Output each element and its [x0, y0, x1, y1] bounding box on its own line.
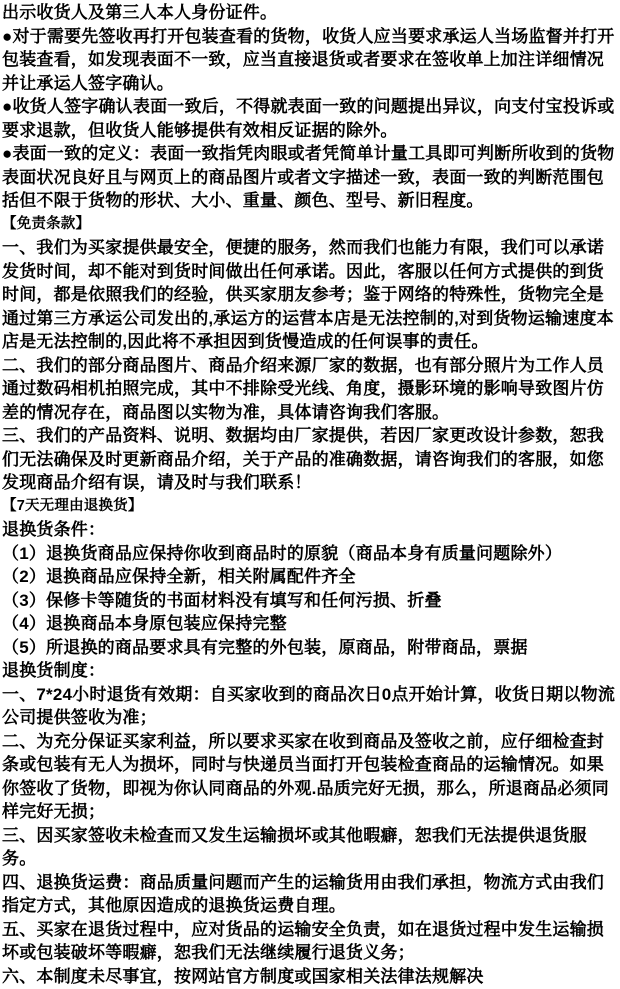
text-line: 退换货制度：	[2, 659, 620, 683]
text-line: 五、买家在退货过程中，应对货品的运输安全负责，如在退货过程中发生运输损	[2, 918, 620, 942]
text-line: 你签收了货物，即视为你认同商品的外观.品质完好无损，那么，所退商品必须同	[2, 777, 620, 801]
text-line: 时间，都是依照我们的经验，供买家朋友参考；鉴于网络的特殊性，货物完全是	[2, 283, 620, 307]
text-line: 一、我们为买家提供最安全，便捷的服务，然而我们也能力有限，我们可以承诺	[2, 236, 620, 260]
text-line: 差的情况存在，商品图以实物为准，具体请咨询我们客服。	[2, 401, 620, 425]
text-line: 三、因买家签收未检查而又发生运输损坏或其他暇癖，恕我们无法提供退货服	[2, 824, 620, 848]
text-line: 【7天无理由退换货】	[2, 495, 620, 519]
text-line: 包装查看，如发现表面不一致，应当直接退货或者要求在签收单上加注详细情况	[2, 48, 620, 72]
text-line: 出示收货人及第三人本人身份证件。	[2, 1, 620, 25]
text-line: 样完好无损；	[2, 800, 620, 824]
text-line: 要求退款，但收货人能够提供有效相反证据的除外。	[2, 119, 620, 143]
text-line: 一、7*24小时退货有效期：自买家收到的商品次日0点开始计算，收货日期以物流	[2, 683, 620, 707]
text-line: 坏或包装破坏等暇癖，恕我们无法继续履行退货义务；	[2, 941, 620, 965]
text-line: （5）所退换的商品要求具有完整的外包装，原商品，附带商品，票据	[2, 636, 620, 660]
text-line: 表面状况良好且与网页上的商品图片或者文字描述一致，表面一致的判断范围包	[2, 166, 620, 190]
text-line: ●表面一致的定义：表面一致指凭肉眼或者凭简单计量工具即可判断所收到的货物	[2, 142, 620, 166]
text-line: 发货时间，却不能对到货时间做出任何承诺。因此，客服以任何方式提供的到货	[2, 260, 620, 284]
text-line: 店是无法控制的,因此将不承担因到货慢造成的任何误事的责任。	[2, 330, 620, 354]
text-line: （2）退换商品应保持全新，相关附属配件齐全	[2, 565, 620, 589]
text-line: 条或包装有无人为损坏，同时与快递员当面打开包装检查商品的运输情况。如果	[2, 753, 620, 777]
text-line: 发现商品介绍有误，请及时与我们联系！	[2, 471, 620, 495]
text-line: 们无法确保及时更新商品介绍，关于产品的准确数据，请咨询我们的客服，如您	[2, 448, 620, 472]
text-line: 务。	[2, 847, 620, 871]
text-line: ●对于需要先签收再打开包装查看的货物，收货人应当要求承运人当场监督并打开	[2, 25, 620, 49]
text-line: 三、我们的产品资料、说明、数据均由厂家提供，若因厂家更改设计参数，恕我	[2, 424, 620, 448]
text-line: 公司提供签收为准；	[2, 706, 620, 730]
text-line: 退换货条件：	[2, 518, 620, 542]
text-line: 括但不限于货物的形状、大小、重量、颜色、型号、新旧程度。	[2, 189, 620, 213]
text-line: 四、退换货运费：商品质量问题而产生的运输货用由我们承担，物流方式由我们	[2, 871, 620, 895]
text-line: 二、我们的部分商品图片、商品介绍来源厂家的数据，也有部分照片为工作人员	[2, 354, 620, 378]
terms-document: 出示收货人及第三人本人身份证件。●对于需要先签收再打开包装查看的货物，收货人应当…	[0, 0, 620, 988]
text-line: 通过第三方承运公司发出的,承运方的运营本店是无法控制的,对到货物运输速度本	[2, 307, 620, 331]
text-line: 通过数码相机拍照完成，其中不排除受光线、角度，摄影环境的影响导致图片仿	[2, 377, 620, 401]
terms-page: 出示收货人及第三人本人身份证件。●对于需要先签收再打开包装查看的货物，收货人应当…	[0, 0, 620, 989]
text-line: 六、本制度未尽事宜，按网站官方制度或国家相关法律法规解决	[2, 965, 620, 989]
text-line: 并让承运人签字确认。	[2, 72, 620, 96]
text-line: 【免责条款】	[2, 213, 620, 237]
text-line: （1）退换货商品应保持你收到商品时的原貌（商品本身有质量问题除外）	[2, 542, 620, 566]
text-line: 指定方式，其他原因造成的退换货运费自理。	[2, 894, 620, 918]
text-line: （4）退换商品本身原包装应保持完整	[2, 612, 620, 636]
text-line: ●收货人签字确认表面一致后，不得就表面一致的问题提出异议，向支付宝投诉或	[2, 95, 620, 119]
text-line: （3）保修卡等随货的书面材料没有填写和任何污损、折叠	[2, 589, 620, 613]
text-line: 二、为充分保证买家利益，所以要求买家在收到商品及签收之前，应仔细检查封	[2, 730, 620, 754]
